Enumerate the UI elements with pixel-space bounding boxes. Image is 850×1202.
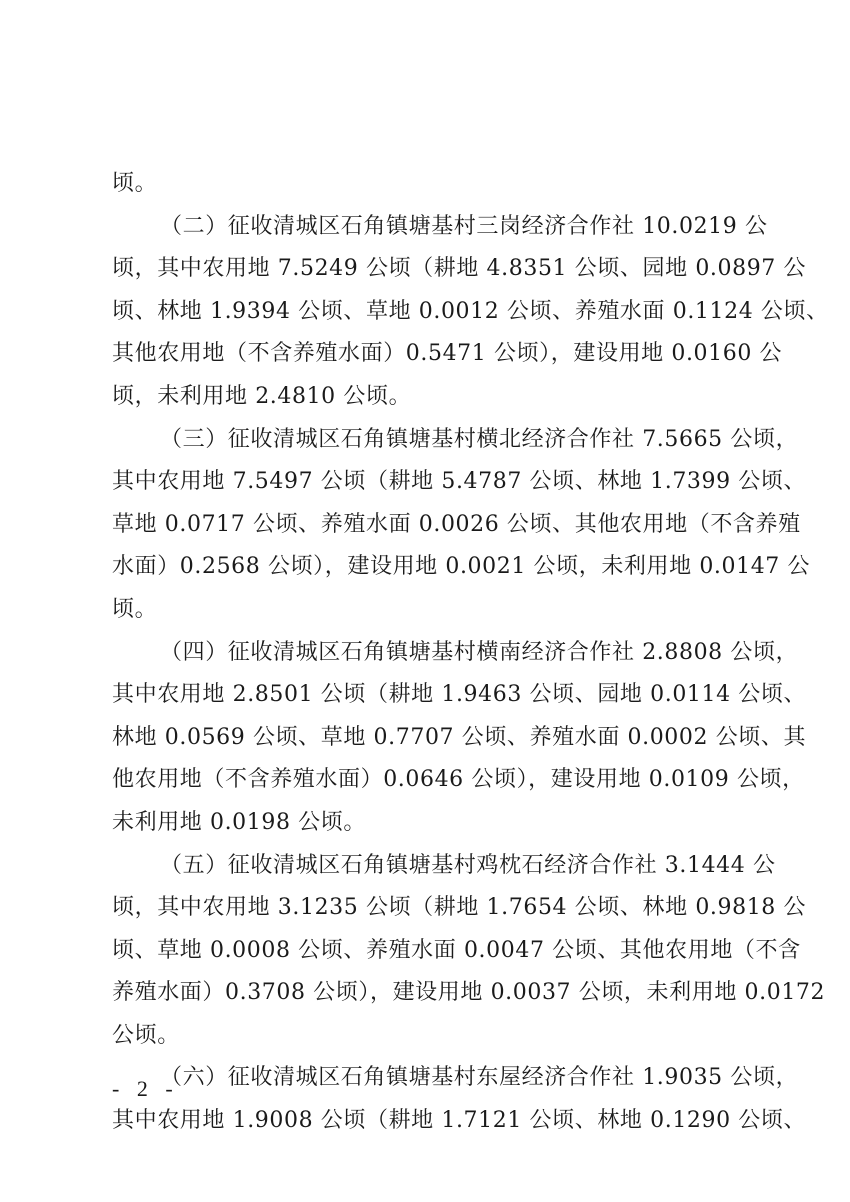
text-line: 顷。 xyxy=(112,589,740,632)
text-line: 顷、林地 1.9394 公顷、草地 0.0012 公顷、养殖水面 0.1124 … xyxy=(112,291,740,334)
text-line: （二）征收清城区石角镇塘基村三岗经济合作社 10.0219 公 xyxy=(112,206,740,249)
text-line: （三）征收清城区石角镇塘基村横北经济合作社 7.5665 公顷， xyxy=(112,419,740,462)
paragraph-item-4: （四）征收清城区石角镇塘基村横南经济合作社 2.8808 公顷， 其中农用地 2… xyxy=(112,632,740,845)
text-line: 林地 0.0569 公顷、草地 0.7707 公顷、养殖水面 0.0002 公顷… xyxy=(112,717,740,760)
text-line: 顷。 xyxy=(112,163,740,206)
text-line: （四）征收清城区石角镇塘基村横南经济合作社 2.8808 公顷， xyxy=(112,632,740,675)
text-line: 他农用地（不含养殖水面）0.0646 公顷），建设用地 0.0109 公顷， xyxy=(112,759,740,802)
paragraph-continuation: 顷。 xyxy=(112,163,740,206)
text-line: （六）征收清城区石角镇塘基村东屋经济合作社 1.9035 公顷， xyxy=(112,1057,740,1100)
text-line: 公顷。 xyxy=(112,1015,740,1058)
paragraph-item-2: （二）征收清城区石角镇塘基村三岗经济合作社 10.0219 公 顷，其中农用地 … xyxy=(112,206,740,419)
text-line: 顷、草地 0.0008 公顷、养殖水面 0.0047 公顷、其他农用地（不含 xyxy=(112,930,740,973)
text-line: 其他农用地（不含养殖水面）0.5471 公顷），建设用地 0.0160 公 xyxy=(112,333,740,376)
text-line: 水面）0.2568 公顷），建设用地 0.0021 公顷，未利用地 0.0147… xyxy=(112,546,740,589)
paragraph-item-6: （六）征收清城区石角镇塘基村东屋经济合作社 1.9035 公顷， 其中农用地 1… xyxy=(112,1057,740,1142)
text-line: 其中农用地 1.9008 公顷（耕地 1.7121 公顷、林地 0.1290 公… xyxy=(112,1100,740,1143)
text-line: （五）征收清城区石角镇塘基村鸡枕石经济合作社 3.1444 公 xyxy=(112,845,740,888)
text-line: 其中农用地 2.8501 公顷（耕地 1.9463 公顷、园地 0.0114 公… xyxy=(112,674,740,717)
document-body: 顷。 （二）征收清城区石角镇塘基村三岗经济合作社 10.0219 公 顷，其中农… xyxy=(112,163,740,1143)
text-line: 养殖水面）0.3708 公顷），建设用地 0.0037 公顷，未利用地 0.01… xyxy=(112,972,740,1015)
page-number: - 2 - xyxy=(112,1076,179,1102)
document-page: 顷。 （二）征收清城区石角镇塘基村三岗经济合作社 10.0219 公 顷，其中农… xyxy=(0,0,850,1202)
text-line: 未利用地 0.0198 公顷。 xyxy=(112,802,740,845)
paragraph-item-3: （三）征收清城区石角镇塘基村横北经济合作社 7.5665 公顷， 其中农用地 7… xyxy=(112,419,740,632)
text-line: 草地 0.0717 公顷、养殖水面 0.0026 公顷、其他农用地（不含养殖 xyxy=(112,504,740,547)
text-line: 其中农用地 7.5497 公顷（耕地 5.4787 公顷、林地 1.7399 公… xyxy=(112,461,740,504)
paragraph-item-5: （五）征收清城区石角镇塘基村鸡枕石经济合作社 3.1444 公 顷，其中农用地 … xyxy=(112,845,740,1058)
text-line: 顷，其中农用地 7.5249 公顷（耕地 4.8351 公顷、园地 0.0897… xyxy=(112,248,740,291)
text-line: 顷，其中农用地 3.1235 公顷（耕地 1.7654 公顷、林地 0.9818… xyxy=(112,887,740,930)
text-line: 顷，未利用地 2.4810 公顷。 xyxy=(112,376,740,419)
